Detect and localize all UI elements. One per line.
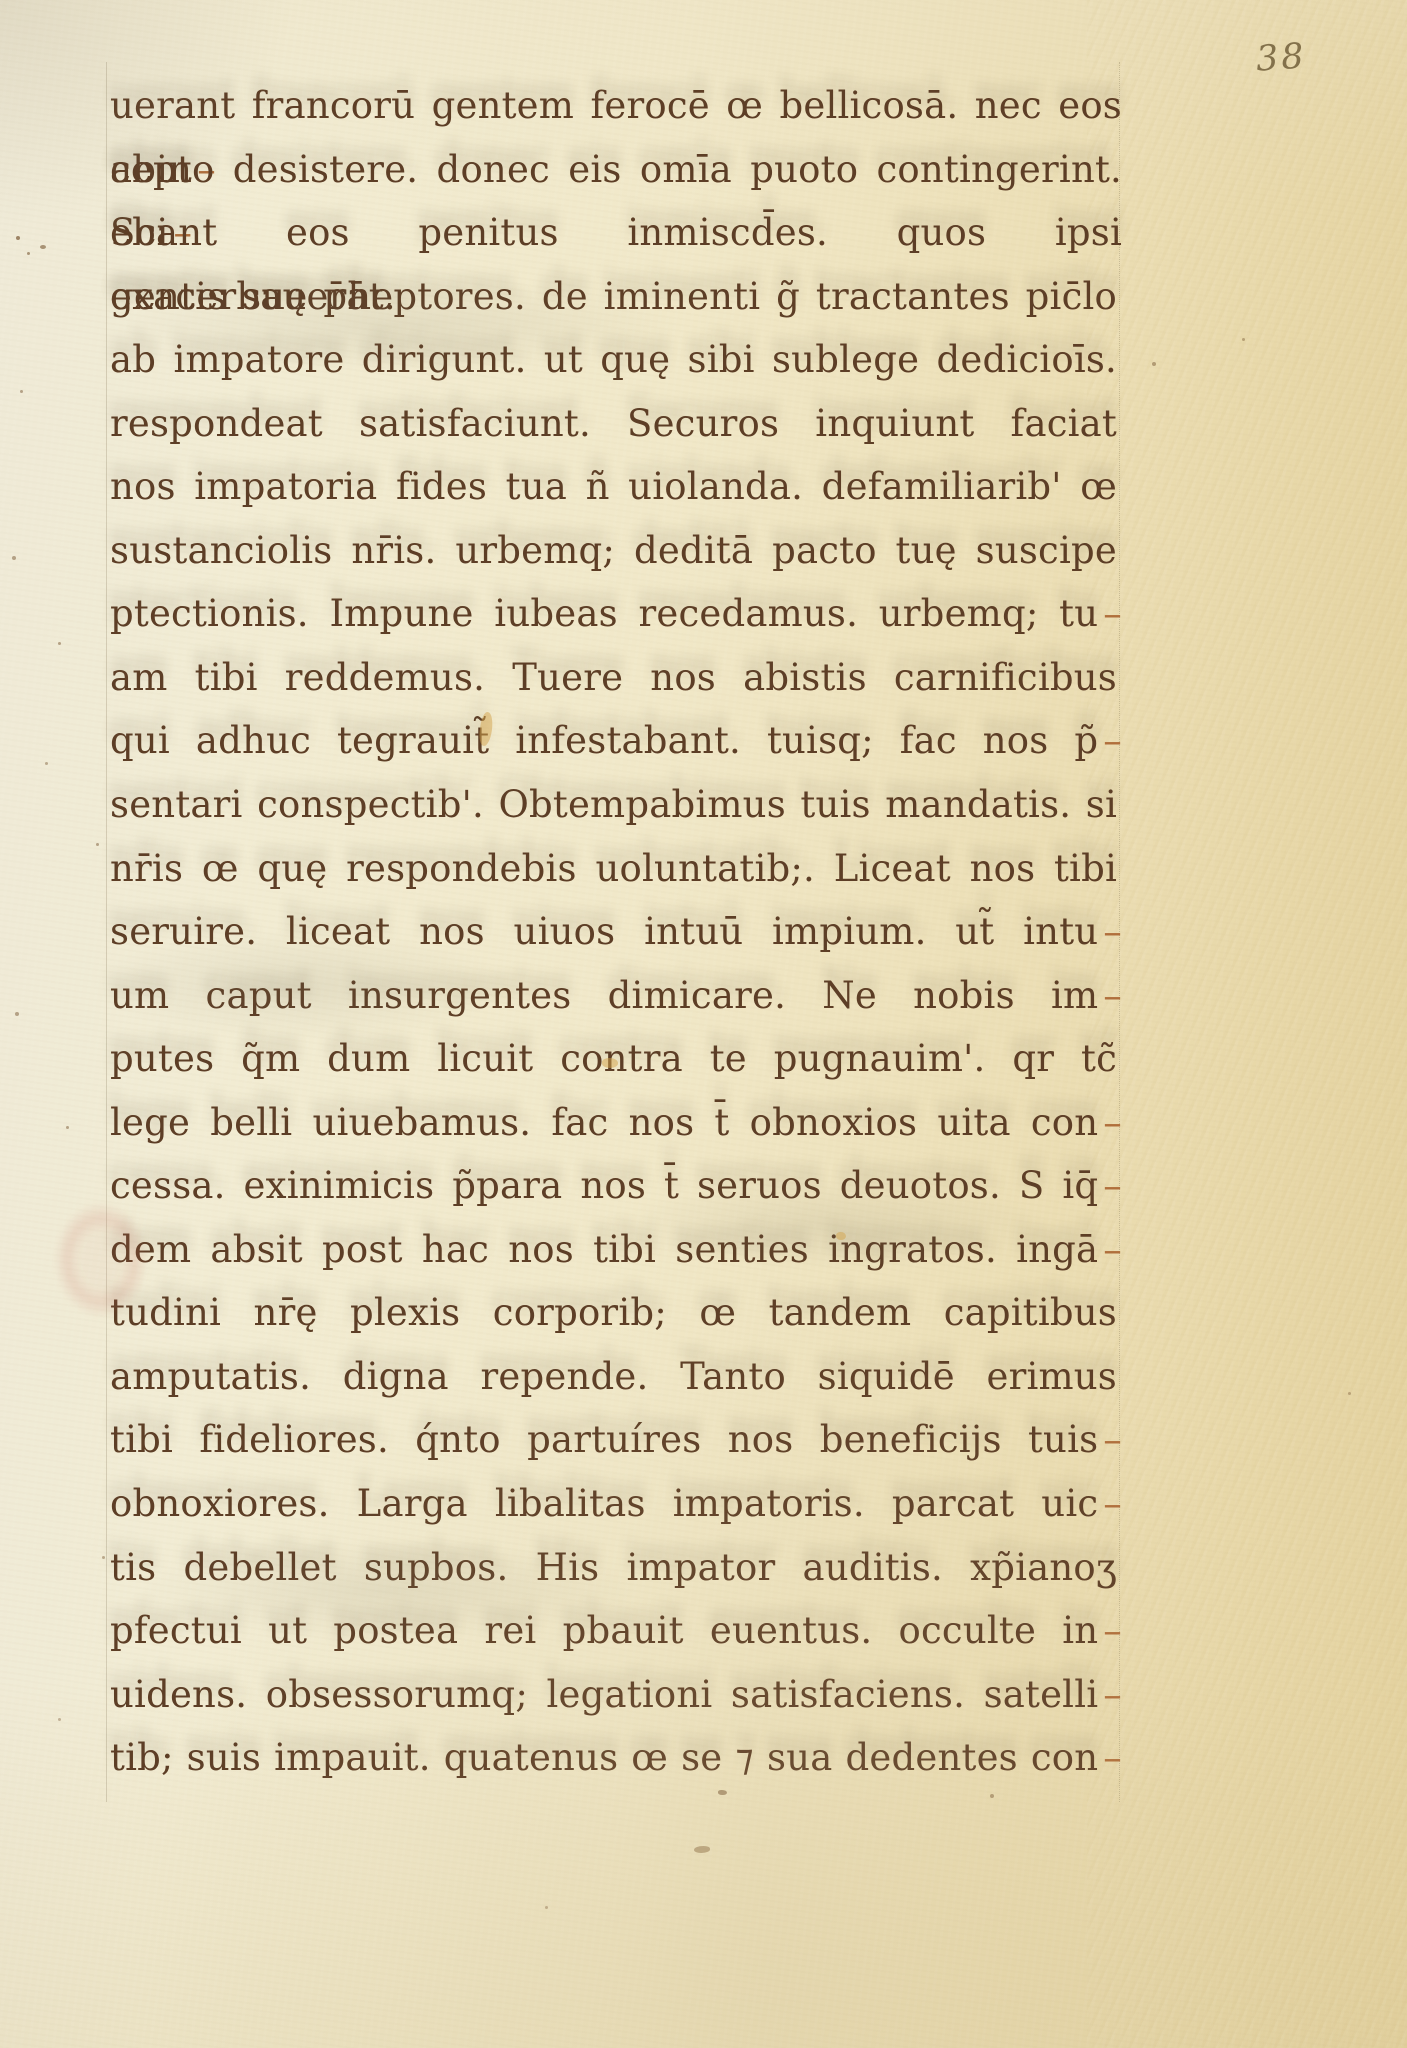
ink-speck [102, 1556, 105, 1559]
show-through-smudge [120, 280, 680, 370]
show-through-smudge [90, 930, 510, 1040]
manuscript-line: qui adhuc tegrauit̃ infestabant. tuisq; … [110, 709, 1122, 773]
line-end-hyphen [1117, 783, 1122, 826]
manuscript-line: am tibi reddemus. Tuere nos abistis carn… [110, 646, 1122, 710]
ink-speck [20, 390, 23, 393]
ink-speck [16, 236, 20, 240]
line-text: putes q̃m dum licuit contra te pugnauim'… [110, 1037, 1117, 1080]
bleed-through-initial [36, 1180, 166, 1340]
line-end-hyphen [1117, 402, 1122, 445]
manuscript-line: nr̄is œ quę respondebis uoluntatib;. Lic… [110, 837, 1122, 901]
line-end-hyphen: – [1098, 719, 1122, 762]
ink-speck [58, 642, 61, 645]
line-end-hyphen: – [1098, 1736, 1122, 1779]
line-text: uidens. obsessorumq; legationi satisfaci… [110, 1673, 1098, 1716]
line-text: tib; suis impauit. quatenus œ se ⁊ sua d… [110, 1736, 1098, 1779]
manuscript-line: cepto desistere. donec eis omīa puoto co… [110, 138, 1122, 202]
line-text: sentari conspectib'. Obtempabimus tuis m… [110, 783, 1117, 826]
line-text: tibi fideliores. q́nto partuíres nos ben… [110, 1418, 1098, 1461]
line-text: amputatis. digna repende. Tanto siquidē … [110, 1355, 1117, 1398]
line-end-hyphen [1117, 1355, 1122, 1398]
manuscript-line: tibi fideliores. q́nto partuíres nos ben… [110, 1408, 1122, 1472]
line-end-hyphen [1117, 656, 1122, 699]
ink-speck [1242, 338, 1245, 341]
left-ruling-line [106, 62, 107, 1802]
line-text: qui adhuc tegrauit̃ infestabant. tuisq; … [110, 719, 1098, 762]
line-text: am tibi reddemus. Tuere nos abistis carn… [110, 656, 1117, 699]
line-end-hyphen [1117, 847, 1122, 890]
manuscript-line: sustanciolis nr̄is. urbemq; deditā pacto… [110, 519, 1122, 583]
parchment-grain [1087, 0, 1407, 2048]
ink-speck [545, 1906, 548, 1909]
ink-speck [1348, 1392, 1351, 1395]
ink-speck [1152, 362, 1156, 366]
line-text: sustanciolis nr̄is. urbemq; deditā pacto… [110, 529, 1117, 572]
line-end-hyphen: – [1098, 974, 1122, 1017]
ink-speck [96, 843, 99, 846]
ink-speck [694, 1846, 710, 1853]
ink-speck [990, 1794, 994, 1798]
manuscript-line: amputatis. digna repende. Tanto siquidē … [110, 1345, 1122, 1409]
line-end-hyphen [1117, 1291, 1122, 1334]
line-end-hyphen [1117, 338, 1122, 381]
line-text: respondeat satisfaciunt. Securos inquiun… [110, 402, 1117, 445]
ink-speck [45, 762, 48, 765]
line-end-hyphen [1117, 275, 1122, 318]
show-through-smudge [620, 1180, 1050, 1270]
line-end-hyphen: – [1098, 1609, 1122, 1652]
line-end-hyphen [1117, 529, 1122, 572]
line-end-hyphen: – [1098, 1164, 1122, 1207]
manuscript-line: uidens. obsessorumq; legationi satisfaci… [110, 1663, 1122, 1727]
ink-speck [12, 556, 16, 560]
line-text: lege belli uiuebamus. fac nos t̄ obnoxio… [110, 1101, 1098, 1144]
line-end-hyphen [1117, 1037, 1122, 1080]
line-end-hyphen [1117, 465, 1122, 508]
ink-speck [66, 1126, 69, 1129]
line-end-hyphen: – [1098, 910, 1122, 953]
folio-number: 38 [1255, 36, 1308, 79]
manuscript-line: ebant eos penitus inmiscd̄es. quos ipsi … [110, 201, 1122, 265]
line-end-hyphen: – [1098, 1101, 1122, 1144]
line-end-hyphen: – [1098, 1228, 1122, 1271]
manuscript-line: sentari conspectib'. Obtempabimus tuis m… [110, 773, 1122, 837]
manuscript-line: lege belli uiuebamus. fac nos t̄ obnoxio… [110, 1091, 1122, 1155]
manuscript-line: ptectionis. Impune iubeas recedamus. urb… [110, 582, 1122, 646]
manuscript-line: respondeat satisfaciunt. Securos inquiun… [110, 392, 1122, 456]
line-end-hyphen: – [1098, 1482, 1122, 1525]
ink-speck [15, 1012, 19, 1016]
line-end-hyphen [1117, 1546, 1122, 1589]
manuscript-line: obnoxiores. Larga libalitas impatoris. p… [110, 1472, 1122, 1536]
line-text: obnoxiores. Larga libalitas impatoris. p… [110, 1482, 1098, 1525]
line-text: ptectionis. Impune iubeas recedamus. urb… [110, 592, 1098, 635]
manuscript-line: tib; suis impauit. quatenus œ se ⁊ sua d… [110, 1726, 1122, 1790]
ink-speck [27, 252, 30, 255]
line-end-hyphen: – [1098, 1418, 1122, 1461]
manuscript-page: 38 uerant francorū gentem ferocē œ belli… [0, 0, 1407, 2048]
line-text: nr̄is œ quę respondebis uoluntatib;. Lic… [110, 847, 1117, 890]
manuscript-line: tudini nr̄ę plexis corporib; œ tandem ca… [110, 1281, 1122, 1345]
manuscript-line: nos impatoria fides tua ñ uiolanda. defa… [110, 455, 1122, 519]
manuscript-line: uerant francorū gentem ferocē œ bellicos… [110, 74, 1122, 138]
ink-speck [40, 245, 46, 249]
line-end-hyphen: – [1098, 1673, 1122, 1716]
line-end-hyphen: – [1098, 592, 1122, 635]
ink-speck [718, 1790, 727, 1795]
line-text: tudini nr̄ę plexis corporib; œ tandem ca… [110, 1291, 1117, 1334]
show-through-smudge [140, 1540, 640, 1640]
line-text: nos impatoria fides tua ñ uiolanda. defa… [110, 465, 1117, 508]
ink-speck [58, 1718, 61, 1721]
